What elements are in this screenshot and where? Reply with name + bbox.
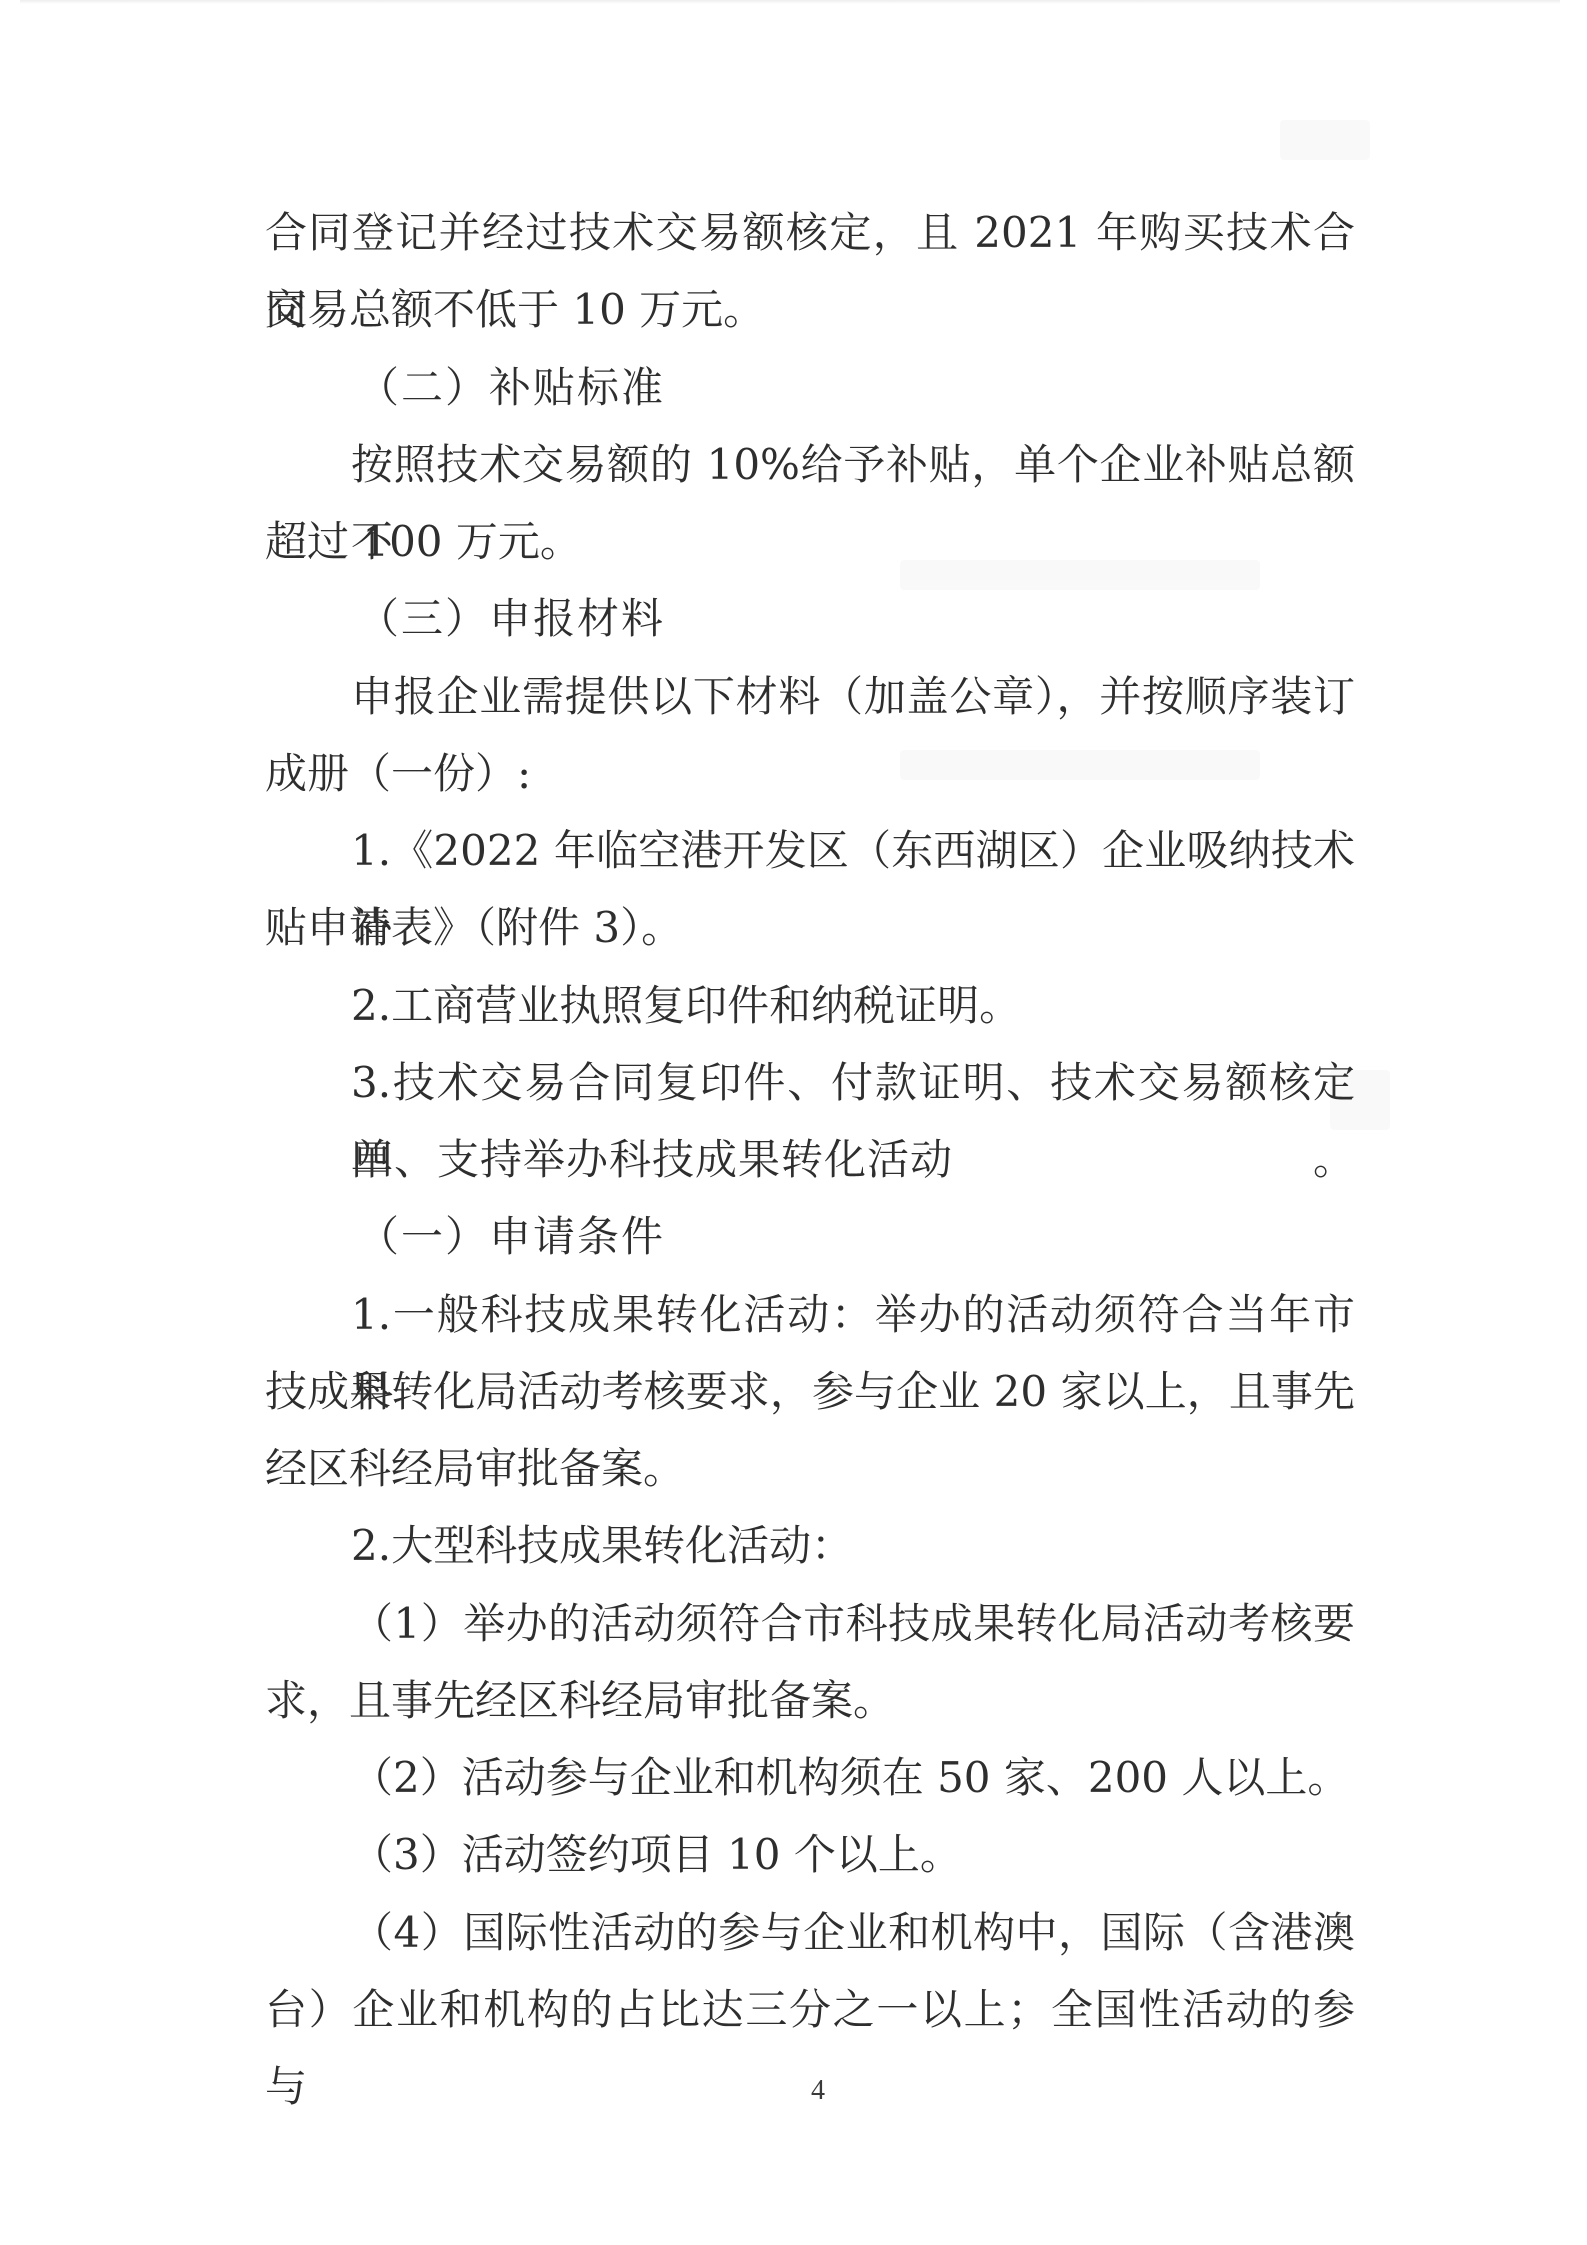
sub-list-item: （1）举办的活动须符合市科技成果转化局活动考核要 (265, 1585, 1355, 1662)
section-subheading: （三）申报材料 (265, 580, 1355, 657)
list-item: 2.工商营业执照复印件和纳税证明。 (265, 967, 1355, 1044)
section-heading: 四、支持举办科技成果转化活动 (265, 1121, 1355, 1198)
section-subheading: （一）申请条件 (265, 1198, 1355, 1275)
section-subheading: （二）补贴标准 (265, 349, 1355, 426)
list-item: 3.技术交易合同复印件、付款证明、技术交易额核定单。 (265, 1044, 1355, 1121)
page-number: 4 (798, 2075, 838, 2107)
body-line: 成册（一份）: (265, 735, 1355, 812)
sub-list-item: （2）活动参与企业和机构须在 50 家、200 人以上。 (265, 1739, 1355, 1816)
list-item: 1.一般科技成果转化活动：举办的活动须符合当年市科 (265, 1276, 1355, 1353)
body-line: 申报企业需提供以下材料（加盖公章），并按顺序装订 (265, 658, 1355, 735)
sub-list-item-continuation: 求，且事先经区科经局审批备案。 (265, 1662, 1355, 1739)
scan-bleed-mark (1280, 120, 1370, 160)
scan-top-edge (20, 0, 1560, 4)
sub-list-item: （4）国际性活动的参与企业和机构中，国际（含港澳 (265, 1894, 1355, 1971)
body-line: 合同登记并经过技术交易额核定，且 2021 年购买技术合同 (265, 194, 1355, 271)
list-item-continuation: 技成果转化局活动考核要求，参与企业 20 家以上，且事先 (265, 1353, 1355, 1430)
sub-list-item: （3）活动签约项目 10 个以上。 (265, 1816, 1355, 1893)
list-item-continuation: 经区科经局审批备案。 (265, 1430, 1355, 1507)
sub-list-item-continuation: 台）企业和机构的占比达三分之一以上；全国性活动的参与 (265, 1971, 1355, 2048)
document-body: 合同登记并经过技术交易额核定，且 2021 年购买技术合同 交易总额不低于 10… (265, 194, 1355, 2048)
body-line: 交易总额不低于 10 万元。 (265, 271, 1355, 348)
list-item: 2.大型科技成果转化活动： (265, 1507, 1355, 1584)
document-page: 合同登记并经过技术交易额核定，且 2021 年购买技术合同 交易总额不低于 10… (0, 0, 1587, 2245)
body-line: 超过 100 万元。 (265, 503, 1355, 580)
list-item: 1.《2022 年临空港开发区（东西湖区）企业吸纳技术补 (265, 812, 1355, 889)
body-line: 按照技术交易额的 10%给予补贴，单个企业补贴总额不 (265, 426, 1355, 503)
list-item-continuation: 贴申请表》（附件 3）。 (265, 889, 1355, 966)
